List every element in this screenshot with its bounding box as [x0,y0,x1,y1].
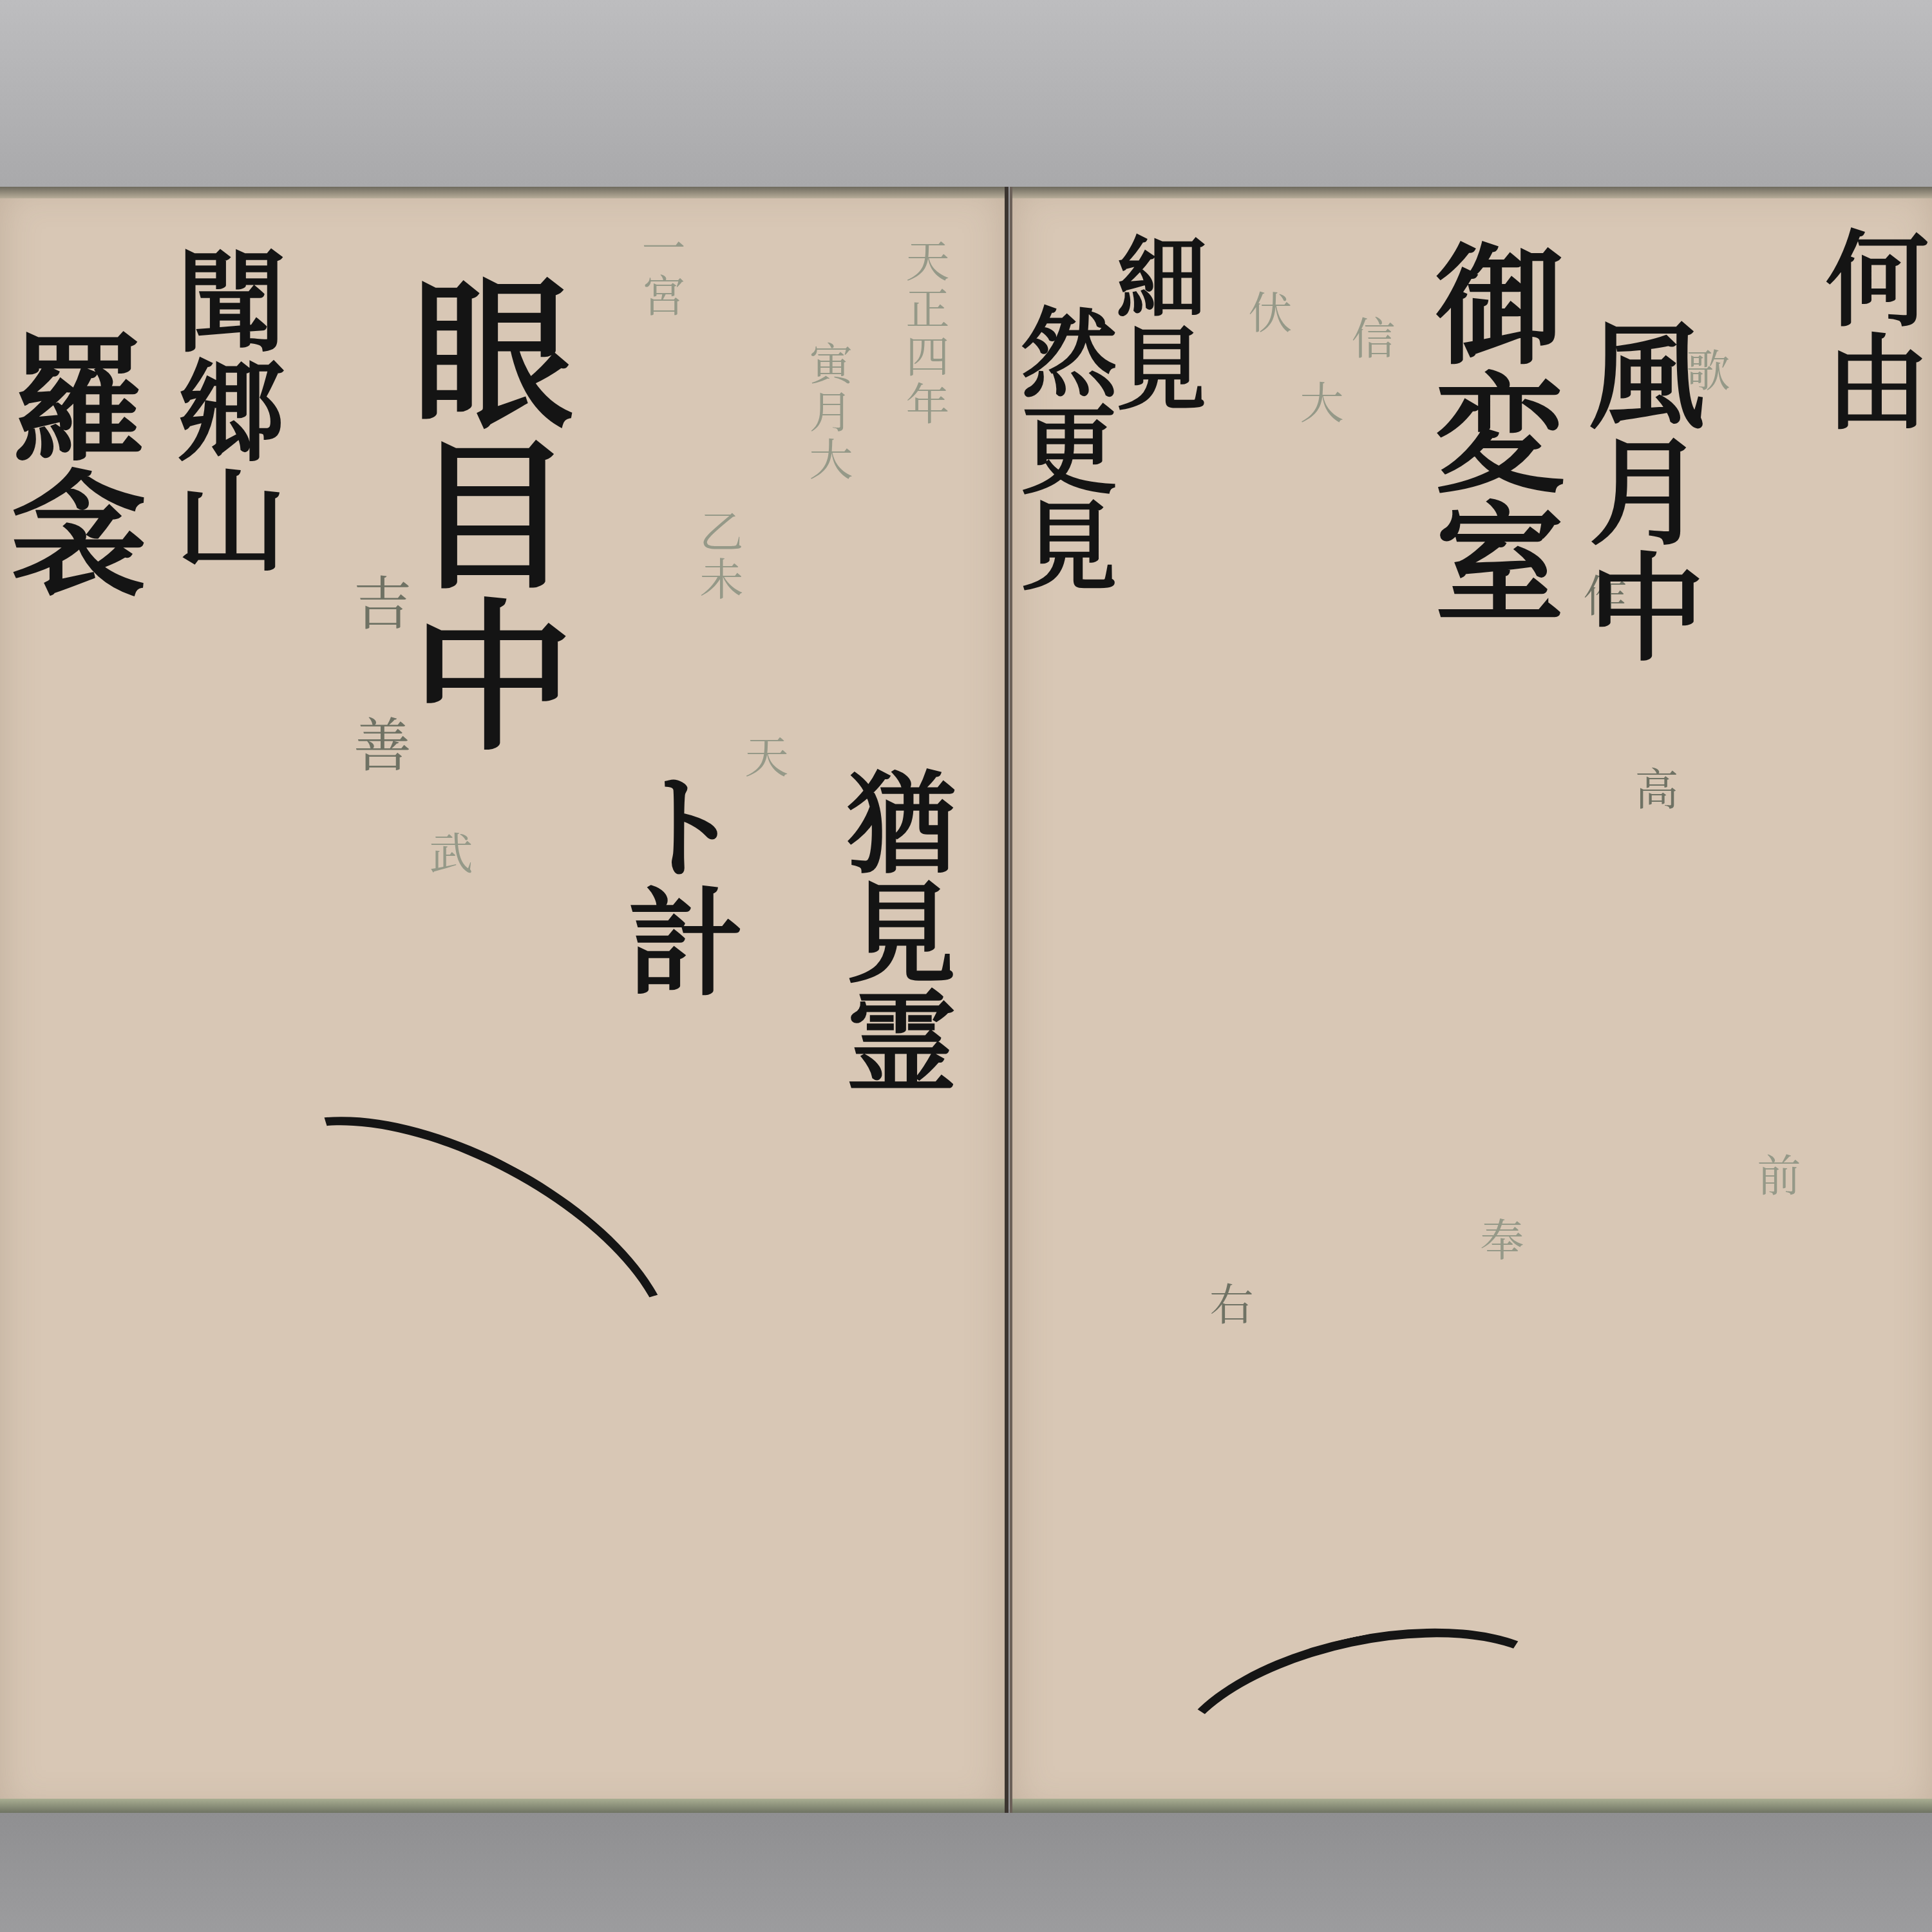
page-bottom-edge [1012,1799,1932,1813]
calligraphy-column: 風月中 [1579,316,1695,663]
calligraphy-column: 聞郷山 [167,245,277,573]
faint-column: 前 [1753,1153,1797,1200]
calligraphy-column: 細見 [1109,232,1199,412]
faint-column: 天 [741,734,784,782]
faint-column: 右 [1206,1282,1249,1329]
faint-column: 一宮 [638,225,681,321]
calligraphy-column: 何由 [1817,225,1920,431]
calligraphy-column: 猶見霊 [837,766,947,1095]
faint-column: 伏 [1244,290,1288,337]
open-book: 天正四年 寅月大 一宮 乙未 吉 善 武 天 羅衾 聞郷山 眼目中 ト計 猶見霊… [0,187,1932,1813]
calligraphy-column: 眼目中 [399,270,560,753]
faint-column: 大 [1296,380,1340,428]
calligraphy-column: 御変室 [1425,238,1553,625]
page-bottom-edge [0,1799,1005,1813]
background-top [0,0,1932,187]
left-page: 天正四年 寅月大 一宮 乙未 吉 善 武 天 羅衾 聞郷山 眼目中 ト計 猶見霊 [0,187,1009,1813]
faint-column: 高 [1631,766,1674,814]
faint-column: 信 [1347,316,1391,363]
faint-column: 奉 [1476,1217,1520,1265]
right-page: 伏 大 信 作 高 歌 右 奉 前 然更見 細見 御変室 風月中 何由 [1010,187,1932,1813]
faint-column: 武 [425,831,469,878]
faint-column: 寅月大 [805,341,849,484]
calligraphy-column: 然更見 [1012,303,1109,592]
calligraphy-column: ト計 [618,766,734,998]
calligraphy-column: 羅衾 [0,328,135,599]
faint-column: 天正四年 [902,238,945,429]
background-bottom [0,1810,1932,1932]
faint-column: 乙未 [696,509,739,604]
